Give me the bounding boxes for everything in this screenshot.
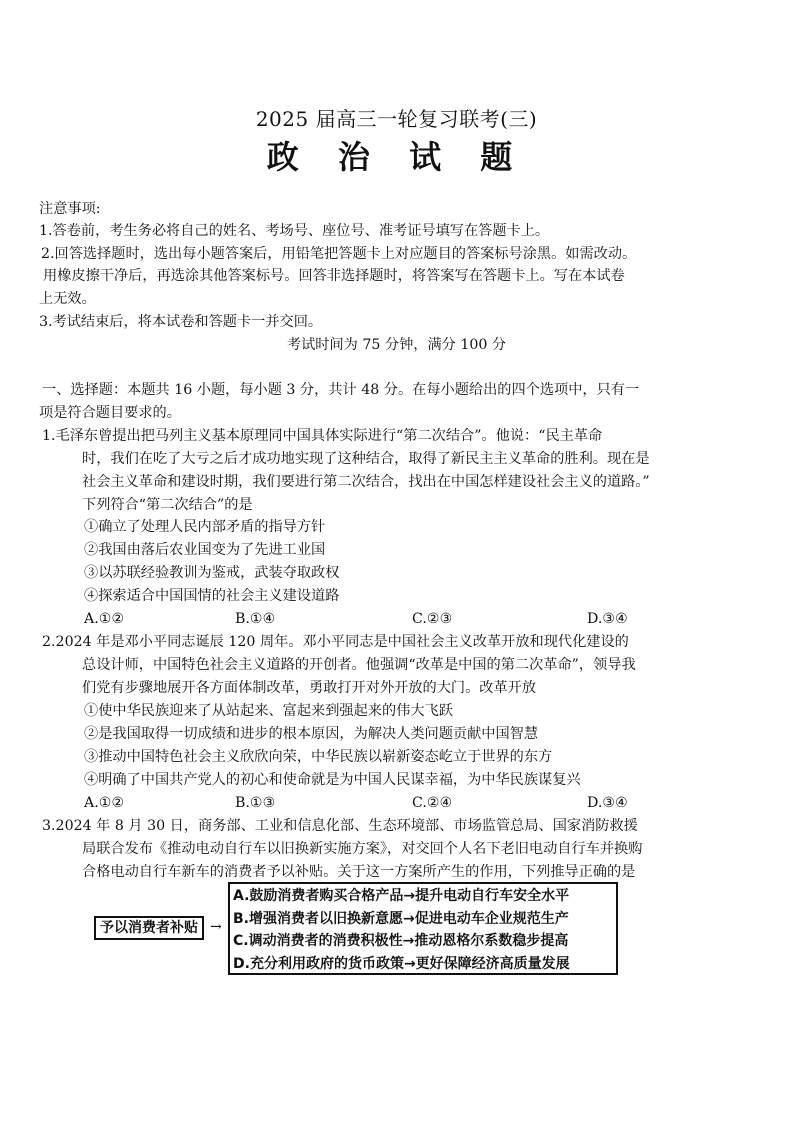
q1-statement-3: ③以苏联经验教训为鉴戒，武装夺取政权 <box>84 563 339 583</box>
q1-stem-1: 1.毛泽东曾提出把马列主义基本原理同中国具体实际进行“第二次结合”。他说：“民主… <box>42 426 602 446</box>
notice-item-1: 1.答卷前，考生务必将自己的姓名、考场号、座位号、准考证号填写在答题卡上。 <box>39 221 549 241</box>
q1-stem-3: 社会主义革命和建设时期，我们要进行第二次结合，找出在中国怎样建设社会主义的道路。… <box>82 472 650 492</box>
q2-choice-b[interactable]: B.①③ <box>235 793 275 813</box>
notice-item-3: 3.考试结束后，将本试卷和答题卡一并交回。 <box>39 312 322 332</box>
section-heading: 一、选择题：本题共 16 小题，每小题 3 分，共计 48 分。在每小题给出的四… <box>42 380 639 400</box>
q2-statement-1: ①使中华民族迎来了从站起来、富起来到强起来的伟大飞跃 <box>84 701 453 721</box>
notice-item-2-cont: 用橡皮擦干净后，再选涂其他答案标号。回答非选择题时，将答案写在答题卡上。写在本试… <box>43 266 625 286</box>
q3-choice-d[interactable]: D.充分利用政府的货币政策→更好保障经济高质量发展 <box>233 953 613 976</box>
q3-options-box: A.鼓励消费者购买合格产品→提升电动自行车安全水平 B.增强消费者以旧换新意愿→… <box>228 882 618 975</box>
subsidy-source-box: 予以消费者补贴 <box>94 916 204 940</box>
q3-diagram: 予以消费者补贴 → A.鼓励消费者购买合格产品→提升电动自行车安全水平 B.增强… <box>88 880 618 975</box>
q3-stem-1: 3.2024 年 8 月 30 日，商务部、工业和信息化部、生态环境部、市场监管… <box>42 816 638 836</box>
q2-stem-2: 总设计师，中国特色社会主义道路的开创者。他强调“改革是中国的第二次革命”，领导我 <box>82 655 636 675</box>
q2-choice-d[interactable]: D.③④ <box>587 793 628 813</box>
q3-choice-b[interactable]: B.增强消费者以旧换新意愿→促进电动车企业规范生产 <box>233 908 613 931</box>
q2-stem-3: 们党有步骤地展开各方面体制改革，勇敢打开对外开放的大门。改革开放 <box>82 678 536 698</box>
q3-choice-c[interactable]: C.调动消费者的消费积极性→推动恩格尔系数稳步提高 <box>233 930 613 953</box>
q3-stem-2: 局联合发布《推动电动自行车以旧换新实施方案》，对交回个人名下老旧电动自行车并换购 <box>82 839 642 859</box>
exam-title: 政 治 试 题 <box>0 132 793 178</box>
notice-heading: 注意事项: <box>39 199 101 219</box>
q3-choice-a[interactable]: A.鼓励消费者购买合格产品→提升电动自行车安全水平 <box>233 885 613 908</box>
q1-stem-4: 下列符合“第二次结合”的是 <box>82 495 253 515</box>
q1-choice-d[interactable]: D.③④ <box>587 609 628 629</box>
q2-statement-2: ②是我国取得一切成绩和进步的根本原因，为解决人类问题贡献中国智慧 <box>84 724 538 744</box>
q2-statement-3: ③推动中国特色社会主义欣欣向荣，中华民族以崭新姿态屹立于世界的东方 <box>84 747 552 767</box>
q3-stem-3: 合格电动自行车新车的消费者予以补贴。关于这一方案所产生的作用，下列推导正确的是 <box>82 862 635 882</box>
q2-choice-c[interactable]: C.②④ <box>412 793 452 813</box>
notice-item-2-end: 上无效。 <box>39 289 96 309</box>
q2-statement-4: ④明确了中国共产党人的初心和使命就是为中国人民谋幸福，为中华民族谋复兴 <box>84 770 581 790</box>
q2-stem-1: 2.2024 年是邓小平同志诞辰 120 周年。邓小平同志是中国社会主义改革开放… <box>42 632 629 652</box>
q1-stem-2: 时，我们在吃了大亏之后才成功地实现了这种结合，取得了新民主主义革命的胜利。现在是 <box>82 449 650 469</box>
right-arrow-icon: → <box>210 916 222 938</box>
q2-choice-a[interactable]: A.①② <box>84 793 124 813</box>
exam-time-info: 考试时间为 75 分钟，满分 100 分 <box>0 335 793 355</box>
q1-choice-c[interactable]: C.②③ <box>412 609 452 629</box>
q1-choice-a[interactable]: A.①② <box>84 609 124 629</box>
q1-statement-4: ④探索适合中国国情的社会主义建设道路 <box>84 586 339 606</box>
q1-statement-1: ①确立了处理人民内部矛盾的指导方针 <box>84 517 325 537</box>
exam-subtitle: 2025 届高三一轮复习联考(三) <box>0 103 793 132</box>
q1-choice-b[interactable]: B.①④ <box>235 609 275 629</box>
q1-statement-2: ②我国由落后农业国变为了先进工业国 <box>84 540 325 560</box>
section-heading-cont: 项是符合题目要求的。 <box>39 403 181 423</box>
notice-item-2: 2.回答选择题时，选出每小题答案后，用铅笔把答题卡上对应题目的答案标号涂黑。如需… <box>41 244 636 264</box>
